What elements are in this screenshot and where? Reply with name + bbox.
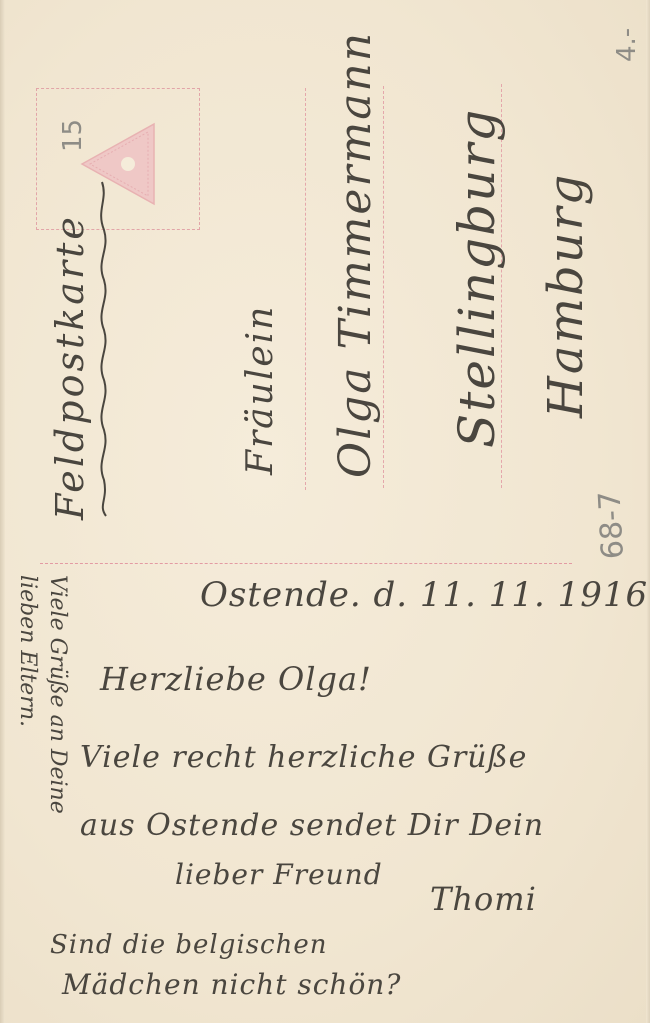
address-line-1 [305, 88, 306, 490]
dateline: Ostende. d. 11. 11. 1916. [200, 575, 650, 615]
address-line-2 [383, 86, 384, 488]
salutation: Herzliebe Olga! [100, 660, 372, 698]
card-edge-left [0, 0, 5, 1023]
margin-note-line-1: Viele Grüße an Deine [45, 575, 70, 814]
message-line-2: aus Ostende sendet Dir Dein [80, 808, 544, 843]
address-line2-text: Olga Timmermann [330, 31, 381, 478]
feldpostkarte-heading: Feldpostkarte [48, 214, 92, 520]
card-edge-right [646, 0, 650, 1023]
message-line-3: lieber Freund [175, 858, 383, 891]
postscript-line-1: Sind die belgischen [50, 930, 327, 960]
message-line-1: Viele recht herzliche Grüße [80, 740, 527, 775]
postscript-line-2: Mädchen nicht schön? [62, 968, 401, 1001]
pencil-mark-right-margin: 68-7 [592, 490, 631, 560]
address-line1-text: Fräulein [240, 305, 281, 475]
address-line3-text: Stellingburg [448, 108, 506, 448]
pencil-mark-top-right: 4.- [612, 28, 642, 62]
address-line4-text: Hamburg [538, 173, 594, 418]
decorative-wavy-underline [92, 180, 118, 520]
margin-note-line-2: lieben Eltern. [15, 575, 40, 727]
signature: Thomi [430, 880, 537, 918]
divider-line [40, 563, 572, 564]
pencil-number-15: 15 [58, 119, 88, 152]
